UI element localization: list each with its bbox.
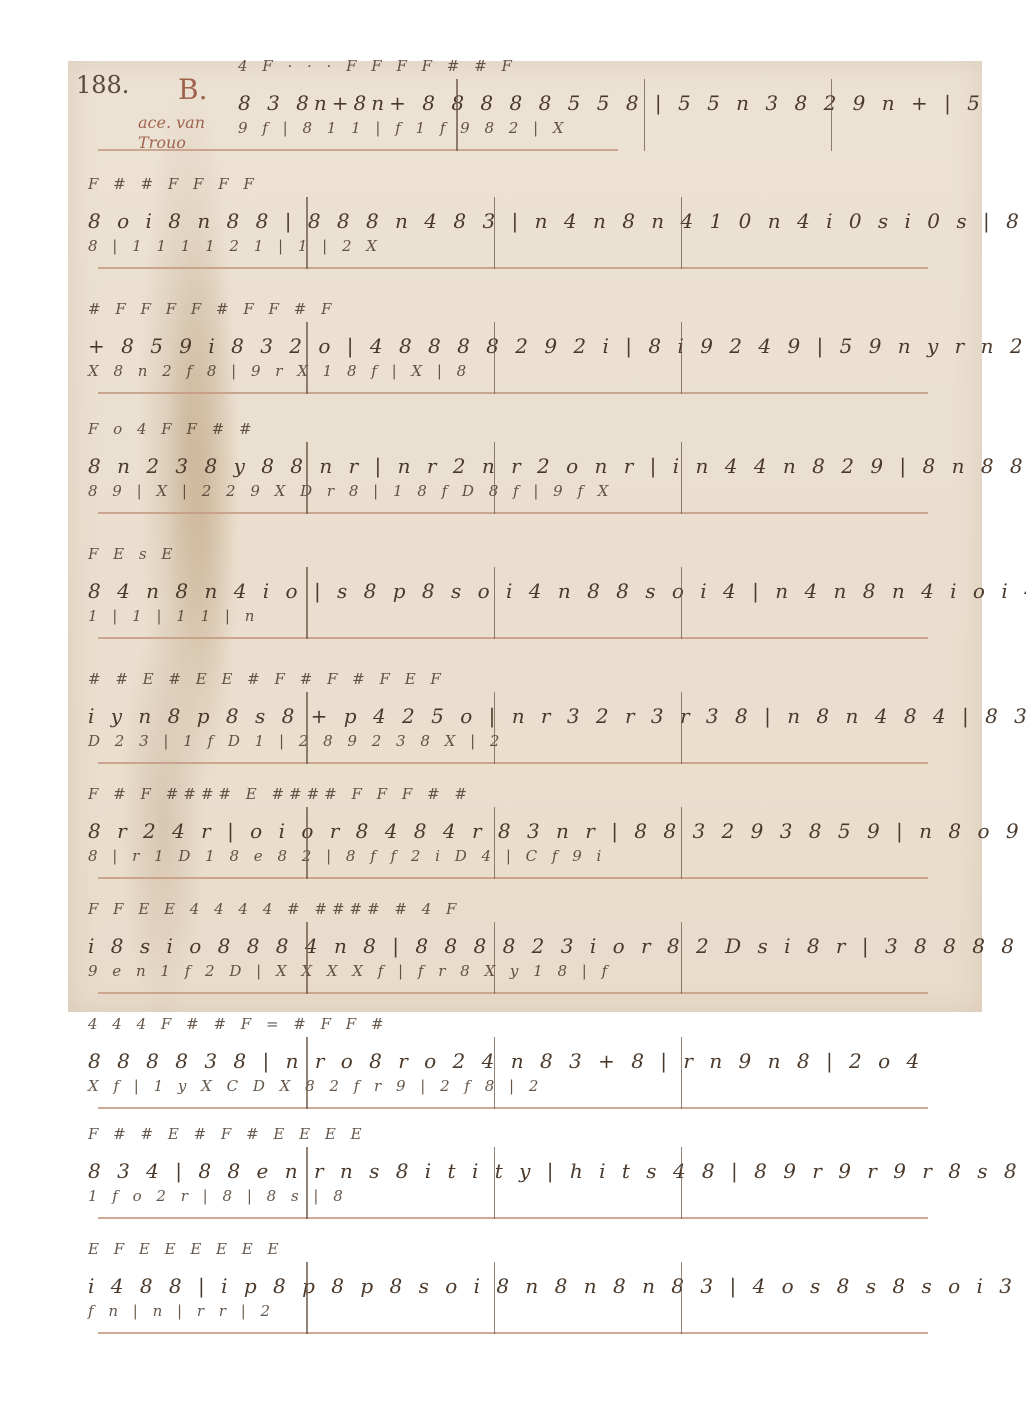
tablature-system: # # E # E E # F # F # F E Fi y n 8 p 8 s…	[68, 670, 982, 765]
tablature-main-row: 8 3 4 | 8 8 e n r n s 8 i t i t y | h i …	[88, 1159, 1026, 1183]
ruled-line	[98, 149, 618, 151]
barline	[681, 1037, 682, 1109]
tablature-main-row: i 8 s i o 8 8 8 4 n 8 | 8 8 8 8 2 3 i o …	[88, 934, 1026, 958]
barline	[306, 197, 307, 269]
ruled-line	[98, 392, 928, 394]
manuscript-content: 188. B. ace. van Trouo 4 F · · · F F F F…	[68, 61, 982, 1012]
tablature-main-row: i 4 8 8 | i p 8 p 8 p 8 s o i 8 n 8 n 8 …	[88, 1274, 1026, 1298]
tablature-system: F # # F F F F8 o i 8 n 8 8 | 8 8 8 n 4 8…	[68, 175, 982, 270]
tablature-system: 4 4 4 F # # F = # F F #8 8 8 8 3 8 | n r…	[68, 1015, 982, 1110]
tablature-system: # F F F F # F F # F+ 8 5 9 i 8 3 2 o | 4…	[68, 300, 982, 395]
tablature-low-row: 8 | 1 1 1 1 2 1 | 1 | 2 X	[88, 237, 382, 255]
tablature-top-row: F # # E # F # E E E E	[88, 1125, 367, 1143]
tablature-top-row: 4 F · · · F F F F # # F	[238, 57, 517, 75]
barline	[494, 442, 495, 514]
barline	[494, 692, 495, 764]
barline	[494, 567, 495, 639]
ruled-line	[98, 1217, 928, 1219]
barline	[306, 922, 307, 994]
tablature-system: F # # E # F # E E E E8 3 4 | 8 8 e n r n…	[68, 1125, 982, 1220]
tablature-main-row: 8 r 2 4 r | o i o r 8 4 8 4 r 8 3 n r | …	[88, 819, 1024, 843]
barline	[681, 197, 682, 269]
barline	[494, 1262, 495, 1334]
barline	[681, 322, 682, 394]
ruled-line	[98, 762, 928, 764]
tablature-low-row: X 8 n 2 f 8 | 9 r X 1 8 f | X | 8	[88, 362, 471, 380]
tablature-low-row: 8 9 | X | 2 2 9 X D r 8 | 1 8 f D 8 f | …	[88, 482, 613, 500]
tablature-system: F o 4 F F # #8 n 2 3 8 y 8 8 n r | n r 2…	[68, 420, 982, 515]
tablature-main-row: 8 8 8 8 3 8 | n r o 8 r o 2 4 n 8 3 + 8 …	[88, 1049, 924, 1073]
tablature-low-row: 1 f o 2 r | 8 | 8 s | 8	[88, 1187, 348, 1205]
barline	[306, 807, 307, 879]
tablature-main-row: 8 n 2 3 8 y 8 8 n r | n r 2 n r 2 o n r …	[88, 454, 1026, 478]
tablature-low-row: f n | n | r r | 2	[88, 1302, 275, 1320]
barline	[494, 322, 495, 394]
barline	[494, 922, 495, 994]
ruled-line	[98, 1107, 928, 1109]
tablature-main-row: i y n 8 p 8 s 8 + p 4 2 5 o | n r 3 2 r …	[88, 704, 1026, 728]
barline	[306, 1262, 307, 1334]
tablature-low-row: X f | 1 y X C D X 8 2 f r 9 | 2 f 8 | 2	[88, 1077, 543, 1095]
barline	[681, 1262, 682, 1334]
tablature-low-row: 9 f | 8 1 1 | f 1 f 9 8 2 | X	[238, 119, 569, 137]
tablature-top-row: # # E # E E # F # F # F E F	[88, 670, 446, 688]
tablature-system: E F E E E E E Ei 4 8 8 | i p 8 p 8 p 8 s…	[68, 1240, 982, 1335]
tablature-system: F F E E 4 4 4 4 # #### # 4 Fi 8 s i o 8 …	[68, 900, 982, 995]
tablature-top-row: F o 4 F F # #	[88, 420, 257, 438]
tablature-top-row: # F F F F # F F # F	[88, 300, 336, 318]
ruled-line	[98, 637, 928, 639]
barline	[306, 692, 307, 764]
barline	[494, 197, 495, 269]
tablature-system: F E s E8 4 n 8 n 4 i o | s 8 p 8 s o i 4…	[68, 545, 982, 640]
ruled-line	[98, 267, 928, 269]
ruled-line	[98, 992, 928, 994]
barline	[494, 1147, 495, 1219]
ruled-line	[98, 1332, 928, 1334]
tablature-main-row: 8 3 8n+8n+ 8 8 8 8 8 5 5 8 | 5 5 n 3 8 2…	[238, 91, 985, 115]
tablature-main-row: + 8 5 9 i 8 3 2 o | 4 8 8 8 8 2 9 2 i | …	[88, 334, 1026, 358]
barline	[306, 1037, 307, 1109]
barline	[831, 79, 832, 151]
barline	[681, 567, 682, 639]
tablature-low-row: 8 | r 1 D 1 8 e 8 2 | 8 f f 2 i D 4 | C …	[88, 847, 606, 865]
barline	[681, 692, 682, 764]
ruled-line	[98, 512, 928, 514]
barline	[494, 1037, 495, 1109]
tablature-top-row: F # # F F F F	[88, 175, 259, 193]
tablature-main-row: 8 o i 8 n 8 8 | 8 8 8 n 4 8 3 | n 4 n 8 …	[88, 209, 1026, 233]
barline	[456, 79, 457, 151]
tablature-low-row: 9 e n 1 f 2 D | X X X X f | f r 8 X y 1 …	[88, 962, 612, 980]
tablature-top-row: 4 4 4 F # # F = # F F #	[88, 1015, 389, 1033]
barline	[306, 442, 307, 514]
tablature-low-row: 1 | 1 | 1 1 | n	[88, 607, 259, 625]
tablature-top-row: F E s E	[88, 545, 177, 563]
ruled-line	[98, 877, 928, 879]
barline	[306, 322, 307, 394]
tablature-low-row: D 2 3 | 1 f D 1 | 2 8 9 2 3 8 X | 2	[88, 732, 504, 750]
tablature-top-row: E F E E E E E E	[88, 1240, 283, 1258]
barline	[306, 1147, 307, 1219]
barline	[681, 922, 682, 994]
barline	[494, 807, 495, 879]
tablature-top-row: F F E E 4 4 4 4 # #### # 4 F	[88, 900, 461, 918]
tablature-main-row: 8 4 n 8 n 4 i o | s 8 p 8 s o i 4 n 8 8 …	[88, 579, 1026, 603]
barline	[644, 79, 645, 151]
barline	[681, 807, 682, 879]
barline	[681, 1147, 682, 1219]
tablature-system: F # F #### E #### F F F # #8 r 2 4 r | o…	[68, 785, 982, 880]
tablature-system: 4 F · · · F F F F # # F8 3 8n+8n+ 8 8 8 …	[68, 57, 982, 152]
barline	[306, 567, 307, 639]
tablature-top-row: F # F #### E #### F F F # #	[88, 785, 472, 803]
barline	[681, 442, 682, 514]
